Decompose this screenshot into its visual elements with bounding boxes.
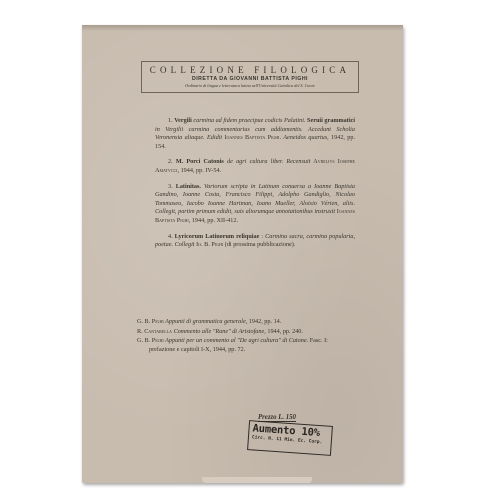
item-pubinfo: 1944, pp. XII-412. bbox=[190, 217, 238, 224]
item-bold: Seruii grammatici bbox=[306, 117, 356, 124]
item-editor: Ioannes Baptista Pighi. bbox=[222, 134, 281, 141]
item-lead: M. Porci Catonis bbox=[176, 158, 224, 165]
collection-director: DIRETTA DA GIOVANNI BATTISTA PIGHI bbox=[142, 76, 358, 82]
item-lead: Vergili bbox=[174, 117, 192, 124]
other-work-1: G. B. Pighi Appunti di grammatica genera… bbox=[137, 318, 352, 327]
work-author: G. B. Pighi bbox=[137, 337, 164, 344]
series-item-4: 4. Lyricorum Latinorum reliquiae : Carmi… bbox=[155, 233, 355, 250]
series-item-2: 2. M. Porci Catonis de agri cultura libe… bbox=[155, 158, 355, 175]
back-cover-page: COLLEZIONE FILOLOGICA DIRETTA DA GIOVANN… bbox=[82, 25, 403, 483]
collection-header-frame: COLLEZIONE FILOLOGICA DIRETTA DA GIOVANN… bbox=[141, 61, 359, 93]
item-number: 1. bbox=[168, 117, 173, 124]
item-editor: Io. B. Pighi bbox=[195, 241, 224, 248]
item-number: 4. bbox=[168, 233, 173, 240]
collection-title: COLLEZIONE FILOLOGICA bbox=[142, 65, 358, 75]
item-italic: de agri cultura liber. Recensuit bbox=[224, 158, 311, 165]
series-item-3: 3. Latinitas. Variorum scripta in Latinu… bbox=[155, 183, 355, 226]
item-pubinfo: (di prossima pubblicazione). bbox=[223, 241, 295, 248]
item-number: 2. bbox=[168, 158, 173, 165]
series-list: 1. Vergili carmina ad fidem praecipue co… bbox=[155, 117, 355, 257]
other-works-list: G. B. Pighi Appunti di grammatica genera… bbox=[137, 318, 352, 355]
work-author: R. Cantarella bbox=[137, 328, 172, 335]
item-lead: Latinitas. bbox=[176, 183, 201, 190]
other-work-3: G. B. Pighi Appunti per un commento al "… bbox=[137, 337, 352, 354]
work-author: G. B. Pighi bbox=[137, 318, 164, 325]
work-pubinfo: 1942, pp. 14. bbox=[247, 318, 281, 325]
work-pubinfo: 1944, pp. 240. bbox=[266, 328, 303, 335]
work-title: Appunti per un commento al "De agri cult… bbox=[164, 337, 308, 344]
item-italic: Aeneidos quartus, bbox=[281, 134, 329, 141]
item-pubinfo: 1944, pp. IV-54. bbox=[179, 167, 221, 174]
work-title: Appunti di grammatica generale, bbox=[164, 318, 248, 325]
series-item-1: 1. Vergili carmina ad fidem praecipue co… bbox=[155, 117, 355, 151]
torn-bottom-edge bbox=[202, 477, 312, 483]
director-affiliation: Ordinario di lingua e letteratura latina… bbox=[142, 83, 358, 88]
item-number: 3. bbox=[168, 183, 173, 190]
item-italic: carmina ad fidem praecipue codicis Palat… bbox=[192, 117, 306, 124]
other-work-2: R. Cantarella Commento alle "Rane" di Ar… bbox=[137, 328, 352, 337]
work-title: Commento alle "Rane" di Aristofane, bbox=[172, 328, 266, 335]
price-increase-stamp: Aumento 10% Circ. N. 11 Min. Ec. Corp. bbox=[247, 420, 333, 456]
item-lead: Lyricorum Latinorum reliquiae bbox=[175, 233, 260, 240]
